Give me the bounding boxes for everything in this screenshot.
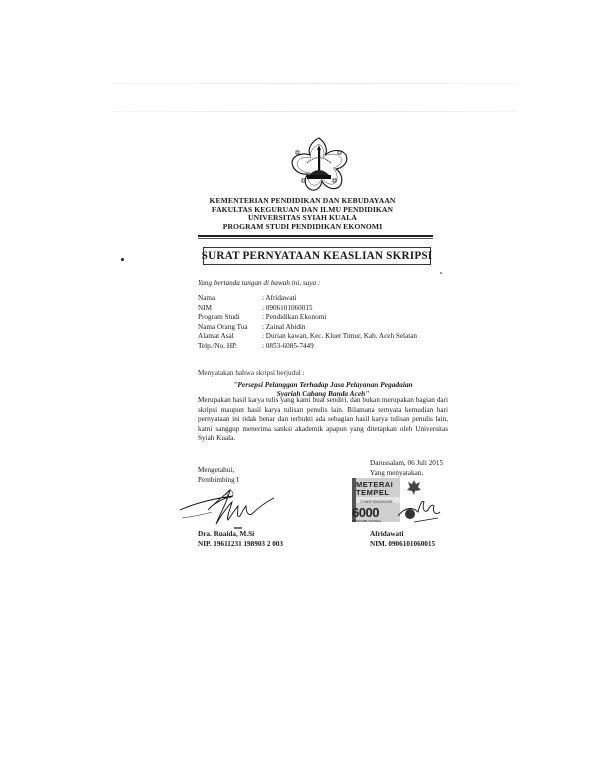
field-value: : Afridawati [262, 294, 297, 304]
field-value: : Pendidikan Ekonomi [262, 313, 326, 323]
supervisor-identity: Dra. Ruaida, M.Si NIP. 19611231 198903 2… [198, 529, 283, 549]
supervisor-signature-icon [178, 488, 278, 532]
document-title: SURAT PERNYATAAN KEASLIAN SKRIPSI [202, 250, 433, 262]
field-row-phone: Telp./No. HP. : 0853-6085-7449 [198, 342, 417, 352]
identity-fields: Nama : Afridawati NIM : 0906101060015 Pr… [198, 294, 417, 352]
stamp-amount-words: ENAM RIBU RUPIAH [352, 519, 381, 523]
student-declares: Yang menyatakan, [370, 469, 443, 479]
field-label: Program Studi [198, 313, 262, 323]
supervisor-acknowledge: Mengetahui, [198, 466, 239, 476]
scan-artifact-line [112, 83, 518, 84]
field-label: Nama Orang Tua [198, 323, 262, 333]
field-row-program: Program Studi : Pendidikan Ekonomi [198, 313, 417, 323]
supervisor-name: Dra. Ruaida, M.Si [198, 529, 283, 539]
statement-intro: Menyatakan bahwa skripsi berjudul : [198, 369, 305, 377]
intro-text: Yang bertanda tangan di bawah ini, saya … [198, 279, 320, 287]
student-identity: Afridawati NIM. 0906101060015 [370, 529, 435, 549]
scan-speck [440, 272, 442, 274]
document-title-box: SURAT PERNYATAAN KEASLIAN SKRIPSI [203, 247, 431, 265]
scan-speck [121, 258, 124, 261]
thesis-title-line-1: "Persepsi Pelanggan Terhadap Jasa Pelaya… [198, 380, 448, 389]
student-nim: NIM. 0906101060015 [370, 539, 435, 549]
field-label: NIM [198, 304, 262, 314]
supervisor-block: Mengetahui, Pembimbing I [198, 466, 239, 485]
letterhead-program: PROGRAM STUDI PENDIDIKAN EKONOMI [160, 223, 445, 232]
field-label: Telp./No. HP. [198, 342, 262, 352]
field-label: Alamat Asal [198, 332, 262, 342]
letterhead-divider-thin [198, 238, 433, 239]
document-page: KEMENTERIAN PENDIDIKAN DAN KEBUDAYAAN FA… [0, 0, 595, 770]
field-label: Nama [198, 294, 262, 304]
stamp-amount: 6000 [352, 505, 379, 520]
scan-artifact-line [112, 111, 518, 112]
declaration-paragraph: Merupakan hasil karya tulis yang kami bu… [198, 396, 448, 444]
field-row-nim: NIM : 0906101060015 [198, 304, 417, 314]
letterhead-divider [198, 235, 433, 237]
field-value: : 0906101060015 [262, 304, 313, 314]
supervisor-nip: NIP. 19611231 198903 2 003 [198, 539, 283, 549]
field-value: : Durian kawan, Kec. Kluet Timur, Kab. A… [262, 332, 417, 342]
student-block: Darussalam, 06 Juli 2015 Yang menyatakan… [370, 459, 443, 478]
university-logo-icon [288, 135, 350, 193]
place-date: Darussalam, 06 Juli 2015 [370, 459, 443, 469]
supervisor-role: Pembimbing I [198, 476, 239, 486]
stamp-label-tempel: TEMPEL [356, 488, 389, 497]
field-row-address: Alamat Asal : Durian kawan, Kec. Kluet T… [198, 332, 417, 342]
stamp-serial: 17ADF304250155 [360, 499, 392, 504]
revenue-stamp: METERAI TEMPEL 17ADF304250155 6000 ENAM … [352, 478, 442, 528]
field-value: : Zainal Abidin [262, 323, 306, 333]
field-row-name: Nama : Afridawati [198, 294, 417, 304]
field-value: : 0853-6085-7449 [262, 342, 314, 352]
field-row-parent: Nama Orang Tua : Zainal Abidin [198, 323, 417, 333]
student-name: Afridawati [370, 529, 435, 539]
letterhead: KEMENTERIAN PENDIDIKAN DAN KEBUDAYAAN FA… [160, 197, 445, 231]
